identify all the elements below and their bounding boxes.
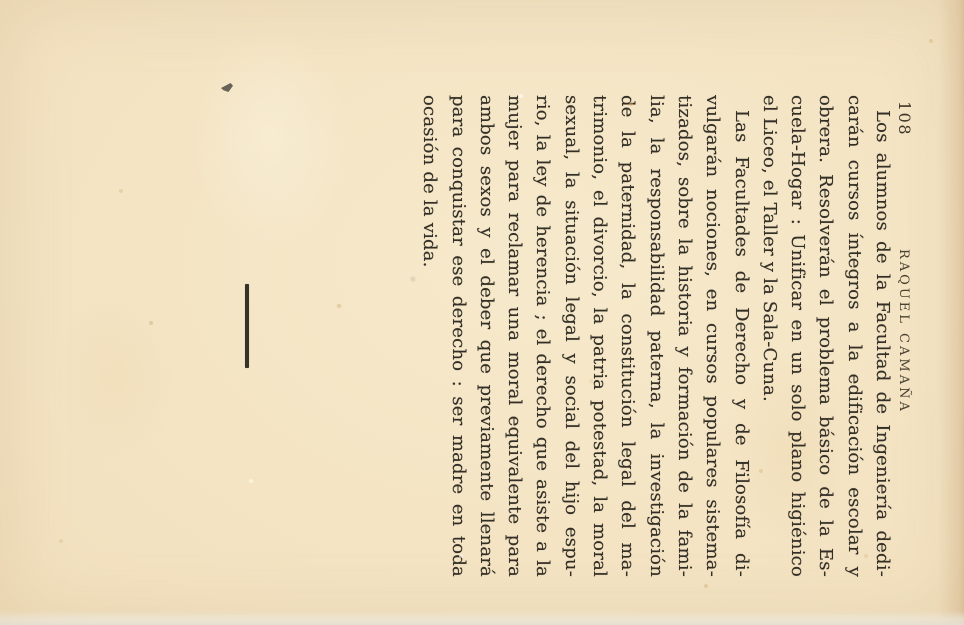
text-line: tizados, sobre la historia y formación d… [670,95,698,577]
text-line: sexual, la situación legal y social del … [556,95,584,577]
text-line: carán cursos íntegros a la edificación e… [839,95,867,577]
section-divider-rule [246,284,250,368]
text-line: para conquistar ese derecho : ser madre … [443,95,471,577]
text-line: vulgarán nociones, en cursos populares s… [698,95,726,577]
text-line: cuela-Hogar : Unificar en un solo plano … [783,95,811,577]
text-line: mujer para reclamar una moral equivalent… [500,95,528,577]
page-number: 108 [895,101,914,136]
text-line: ambos sexos y el deber que previamente l… [472,95,500,577]
text-line: lia, la responsabilidad paterna, la inve… [641,95,669,577]
book-page: 108 RAQUEL CAMAÑA Los alumnos de la Facu… [0,0,964,625]
body-text: Los alumnos de la Facultad de Ingeniería… [415,95,896,577]
running-title: RAQUEL CAMAÑA [896,249,911,414]
text-line: de la paternidad, la constitución legal … [613,95,641,577]
text-line: Las Facultades de Derecho y de Filosofía… [726,95,754,577]
text-line: rio, la ley de herencia ; el derecho que… [528,95,556,577]
text-line: ocasión de la vida. [415,95,443,577]
scanned-book-page-screenshot: 108 RAQUEL CAMAÑA Los alumnos de la Facu… [0,0,964,625]
text-line: el Liceo, el Taller y la Sala-Cuna. [755,95,783,577]
text-line: trimonio, el divorcio, la patria potesta… [585,95,613,577]
text-line: Los alumnos de la Facultad de Ingeniería… [868,95,896,577]
text-line: obrera. Resolverán el problema básico de… [811,95,839,577]
